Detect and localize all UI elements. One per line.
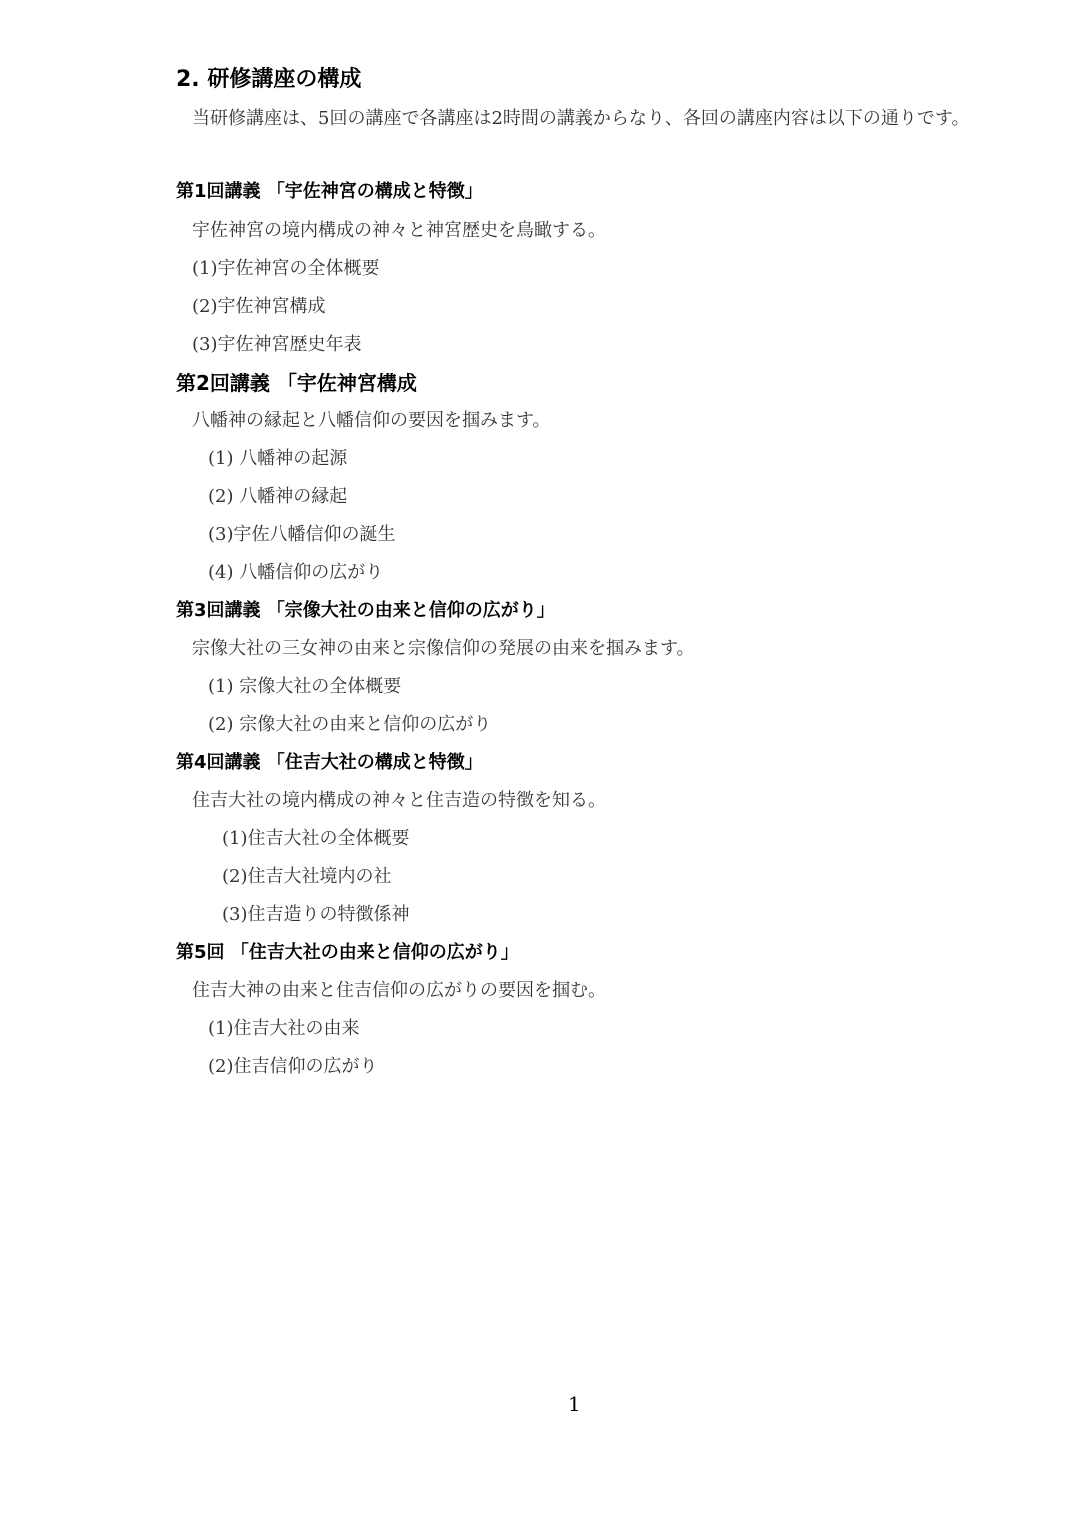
lecture-4-heading: 第4回講義 「住吉大社の構成と特徴」 <box>176 750 483 776</box>
lecture-4-item-3: (3)住吉造りの特徴係神 <box>222 902 410 928</box>
lecture-2-item-4: (4) 八幡信仰の広がり <box>208 560 383 586</box>
intro-paragraph: 当研修講座は、5回の講座で各講座は2時間の講義からなり、各回の講座内容は以下の通… <box>192 100 992 138</box>
lecture-1-item-1: (1)宇佐神宮の全体概要 <box>192 256 380 282</box>
lecture-2-heading: 第2回講義 「宇佐神宮構成 <box>176 370 417 396</box>
lecture-3-item-1: (1) 宗像大社の全体概要 <box>208 674 401 700</box>
lecture-1-item-3: (3)宇佐神宮歴史年表 <box>192 332 362 358</box>
document-page: 2. 研修講座の構成 当研修講座は、5回の講座で各講座は2時間の講義からなり、各… <box>0 0 1075 1518</box>
lecture-5-heading: 第5回 「住吉大社の由来と信仰の広がり」 <box>176 940 519 966</box>
lecture-5-item-2: (2)住吉信仰の広がり <box>208 1054 378 1080</box>
lecture-2-item-1: (1) 八幡神の起源 <box>208 446 347 472</box>
lecture-3-summary: 宗像大社の三女神の由来と宗像信仰の発展の由来を掴みます。 <box>192 636 695 662</box>
lecture-2-item-2: (2) 八幡神の縁起 <box>208 484 347 510</box>
lecture-2-summary: 八幡神の縁起と八幡信仰の要因を掴みます。 <box>192 408 551 434</box>
lecture-1-summary: 宇佐神宮の境内構成の神々と神宮歴史を鳥瞰する。 <box>192 218 606 244</box>
lecture-5-summary: 住吉大神の由来と住吉信仰の広がりの要因を掴む。 <box>192 978 606 1004</box>
lecture-2-item-3: (3)宇佐八幡信仰の誕生 <box>208 522 396 548</box>
lecture-4-summary: 住吉大社の境内構成の神々と住吉造の特徴を知る。 <box>192 788 606 814</box>
lecture-4-item-2: (2)住吉大社境内の社 <box>222 864 392 890</box>
page-number: 1 <box>568 1392 581 1416</box>
lecture-3-item-2: (2) 宗像大社の由来と信仰の広がり <box>208 712 491 738</box>
lecture-3-heading: 第3回講義 「宗像大社の由来と信仰の広がり」 <box>176 598 555 624</box>
lecture-1-item-2: (2)宇佐神宮構成 <box>192 294 326 320</box>
lecture-4-item-1: (1)住吉大社の全体概要 <box>222 826 410 852</box>
lecture-5-item-1: (1)住吉大社の由来 <box>208 1016 360 1042</box>
lecture-1-heading: 第1回講義 「宇佐神宮の構成と特徴」 <box>176 179 483 205</box>
section-title: 2. 研修講座の構成 <box>176 62 361 93</box>
